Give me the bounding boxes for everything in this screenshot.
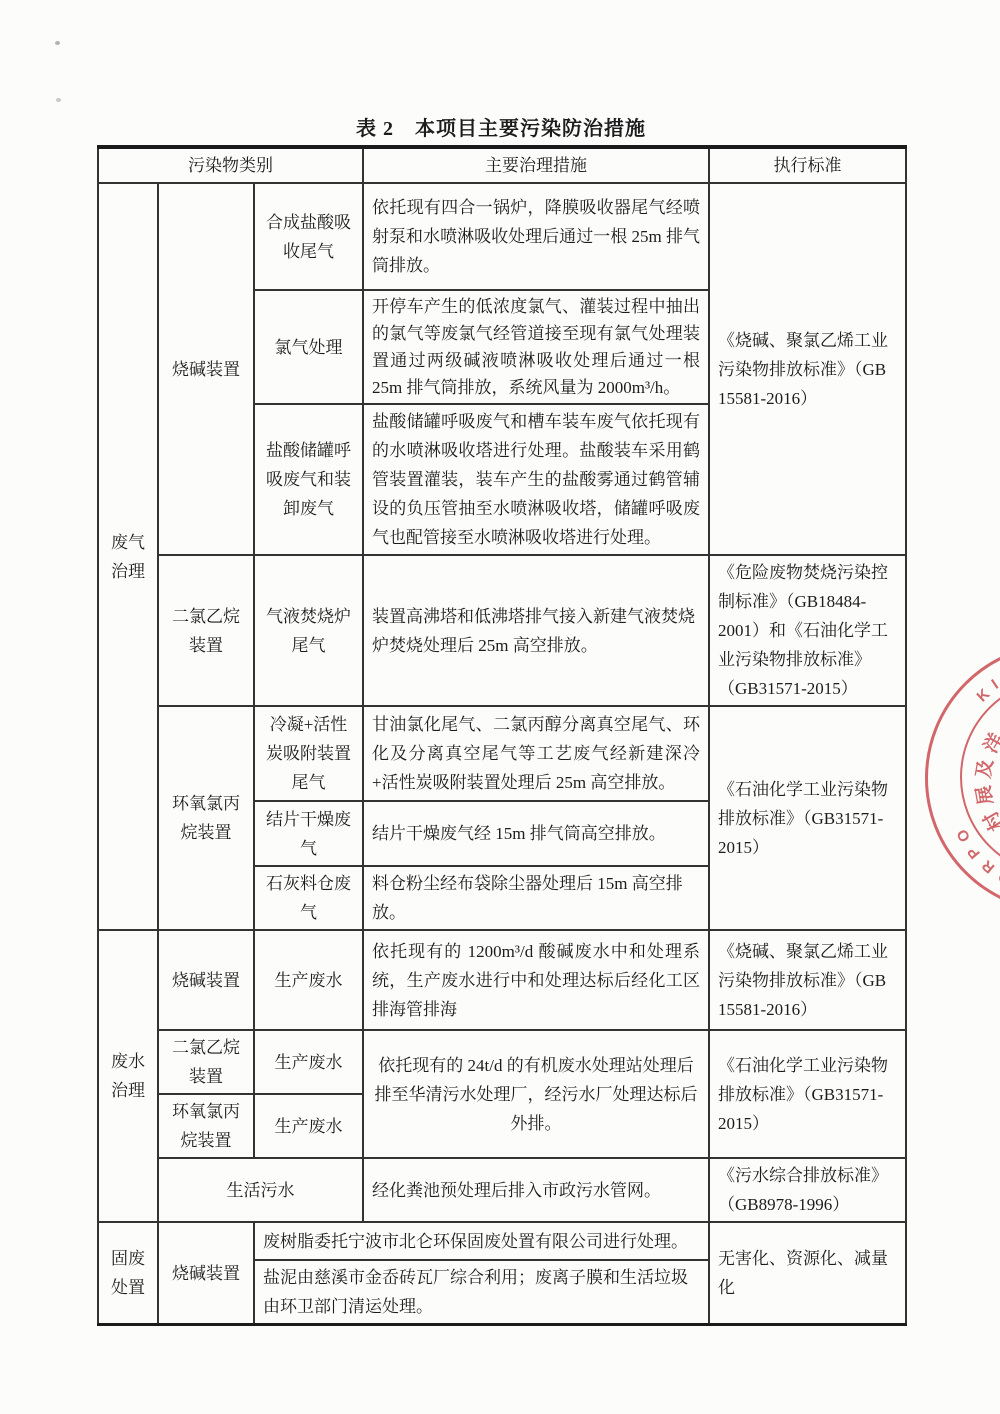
cell-unit-ech-water: 环氧氯丙烷装置 — [158, 1094, 254, 1158]
cell-measure-lime-silo: 料仓粉尘经布袋除尘器处理后 15m 高空排放。 — [363, 866, 709, 930]
table-header-row: 污染物类别 主要治理措施 执行标准 — [98, 147, 906, 183]
cell-unit-caustic-soda: 烧碱装置 — [158, 183, 254, 555]
table-row: 废气治理 烧碱装置 合成盐酸吸收尾气 依托现有四合一锅炉，降膜吸收器尾气经喷射泵… — [98, 183, 906, 290]
cell-measure-acid-alkali-wastewater: 依托现有的 1200m³/d 酸碱废水中和处理系统，生产废水进行中和处理达标后经… — [363, 930, 709, 1030]
cell-type-hcl-tank-breathing: 盐酸储罐呼吸废气和装卸废气 — [254, 404, 363, 555]
table-title: 表 2 本项目主要污染防治措施 — [97, 112, 905, 141]
seal-char: 及 — [969, 757, 999, 780]
table-row: 固废处置 烧碱装置 废树脂委托宁波市北仑环保固废处置有限公司进行处理。 无害化、… — [98, 1222, 906, 1260]
seal-char: 化 — [995, 705, 1000, 738]
seal-char: 村 — [976, 807, 1000, 837]
cell-unit-edc-water: 二氯乙烷装置 — [158, 1030, 254, 1094]
table-row: 环氧氯丙烷装置 冷凝+活性炭吸附装置尾气 甘油氯化尾气、二氯丙醇分离真空尾气、环… — [98, 706, 906, 801]
cell-type-incinerator-tail-gas: 气液焚烧炉尾气 — [254, 555, 363, 706]
seal-char: 洋 — [976, 728, 1000, 758]
seal-middle-ring-icon — [960, 678, 1000, 876]
section-label-waste-gas: 废气治理 — [98, 183, 158, 930]
cell-measure-domestic-sewage: 经化粪池预处理后排入市政污水管网。 — [363, 1158, 709, 1222]
seal-outer-ring-icon — [925, 643, 1000, 913]
cell-type-chlorine-treatment: 氯气处理 — [254, 290, 363, 404]
cell-standard-gb18484-gb31571: 《危险废物焚烧污染控制标准》（GB18484-2001）和《石油化学工业污染物排… — [709, 555, 906, 706]
cell-type-condensation-carbon: 冷凝+活性炭吸附装置尾气 — [254, 706, 363, 801]
table-row: 生活污水 经化粪池预处理后排入市政污水管网。 《污水综合排放标准》（GB8978… — [98, 1158, 906, 1222]
cell-type-production-wastewater-1: 生产废水 — [254, 930, 363, 1030]
cell-measure-hcl-tank-breathing: 盐酸储罐呼吸废气和槽车装车废气依托现有的水喷淋吸收塔进行处理。盐酸装车采用鹤管装… — [363, 404, 709, 555]
seal-letter: P — [964, 843, 983, 862]
cell-measure-organic-wastewater: 依托现有的 24t/d 的有机废水处理站处理后排至华清污水处理厂，经污水厂处理达… — [363, 1030, 709, 1158]
cell-unit-ech: 环氧氯丙烷装置 — [158, 706, 254, 930]
cell-type-domestic-sewage: 生活污水 — [158, 1158, 363, 1222]
cell-type-production-wastewater-3: 生产废水 — [254, 1094, 363, 1158]
cell-type-hcl-absorption: 合成盐酸吸收尾气 — [254, 183, 363, 290]
cell-standard-solid-waste: 无害化、资源化、减量化 — [709, 1222, 906, 1325]
seal-letter: I — [989, 676, 1000, 692]
header-pollutant-category: 污染物类别 — [98, 147, 363, 183]
header-main-measure: 主要治理措施 — [363, 147, 709, 183]
table-row: 二氯乙烷装置 气液焚烧炉尾气 装置高沸塔和低沸塔排气接入新建气液焚烧炉焚烧处理后… — [98, 555, 906, 706]
cell-standard-gb31571: 《石油化学工业污染物排放标准》（GB31571-2015） — [709, 706, 906, 930]
seal-letter: O — [954, 826, 975, 845]
cell-measure-incinerator-tail-gas: 装置高沸塔和低沸塔排气接入新建气液焚烧炉焚烧处理后 25m 高空排放。 — [363, 555, 709, 706]
cell-unit-caustic-soda-water: 烧碱装置 — [158, 930, 254, 1030]
document-page: 表 2 本项目主要污染防治措施 污染物类别 主要治理措施 执行标准 废气治理 烧… — [0, 0, 1000, 1414]
cell-measure-hcl-absorption: 依托现有四合一锅炉，降膜吸收器尾气经喷射泵和水喷淋吸收处理后通过一根 25m 排… — [363, 183, 709, 290]
cell-unit-edc: 二氯乙烷装置 — [158, 555, 254, 706]
seal-letter: R — [979, 857, 998, 877]
header-standard: 执行标准 — [709, 147, 906, 183]
seal-letter: K — [974, 686, 994, 706]
corporate-seal-stamp: K I N G O P R O C 洋 化 工 及 展 村 乙 — [920, 638, 1000, 918]
cell-standard-gb31571-water: 《石油化学工业污染物排放标准》（GB31571-2015） — [709, 1030, 906, 1158]
section-label-solid-waste: 固废处置 — [98, 1222, 158, 1325]
cell-unit-caustic-soda-solid: 烧碱装置 — [158, 1222, 254, 1325]
table-row: 二氯乙烷装置 生产废水 依托现有的 24t/d 的有机废水处理站处理后排至华清污… — [98, 1030, 906, 1094]
cell-measure-salt-mud: 盐泥由慈溪市金岙砖瓦厂综合利用；废离子膜和生活垃圾由环卫部门清运处理。 — [254, 1260, 709, 1325]
scan-speck — [55, 41, 60, 45]
seal-letter: O — [996, 867, 1000, 888]
cell-measure-chlorine-treatment: 开停车产生的低浓度氯气、灌装过程中抽出的氯气等废氯气经管道接至现有氯气处理装置通… — [363, 290, 709, 404]
cell-type-production-wastewater-2: 生产废水 — [254, 1030, 363, 1094]
cell-measure-condensation-carbon: 甘油氯化尾气、二氯丙醇分离真空尾气、环化及分离真空尾气等工艺废气经新建深冷+活性… — [363, 706, 709, 801]
cell-standard-gb15581-water: 《烧碱、聚氯乙烯工业污染物排放标准》（GB 15581-2016） — [709, 930, 906, 1030]
cell-type-flaking-drying: 结片干燥废气 — [254, 801, 363, 866]
section-label-waste-water: 废水治理 — [98, 930, 158, 1222]
pollution-measures-table: 污染物类别 主要治理措施 执行标准 废气治理 烧碱装置 合成盐酸吸收尾气 依托现… — [97, 145, 907, 1326]
cell-standard-gb8978: 《污水综合排放标准》（GB8978-1996） — [709, 1158, 906, 1222]
table-row: 废水治理 烧碱装置 生产废水 依托现有的 1200m³/d 酸碱废水中和处理系统… — [98, 930, 906, 1030]
cell-measure-waste-resin: 废树脂委托宁波市北仑环保固废处置有限公司进行处理。 — [254, 1222, 709, 1260]
seal-char: 展 — [969, 784, 999, 807]
cell-type-lime-silo: 石灰料仓废气 — [254, 866, 363, 930]
cell-standard-gb15581: 《烧碱、聚氯乙烯工业污染物排放标准》（GB 15581-2016） — [709, 183, 906, 555]
scan-speck — [56, 98, 61, 102]
cell-measure-flaking-drying: 结片干燥废气经 15m 排气筒高空排放。 — [363, 801, 709, 866]
